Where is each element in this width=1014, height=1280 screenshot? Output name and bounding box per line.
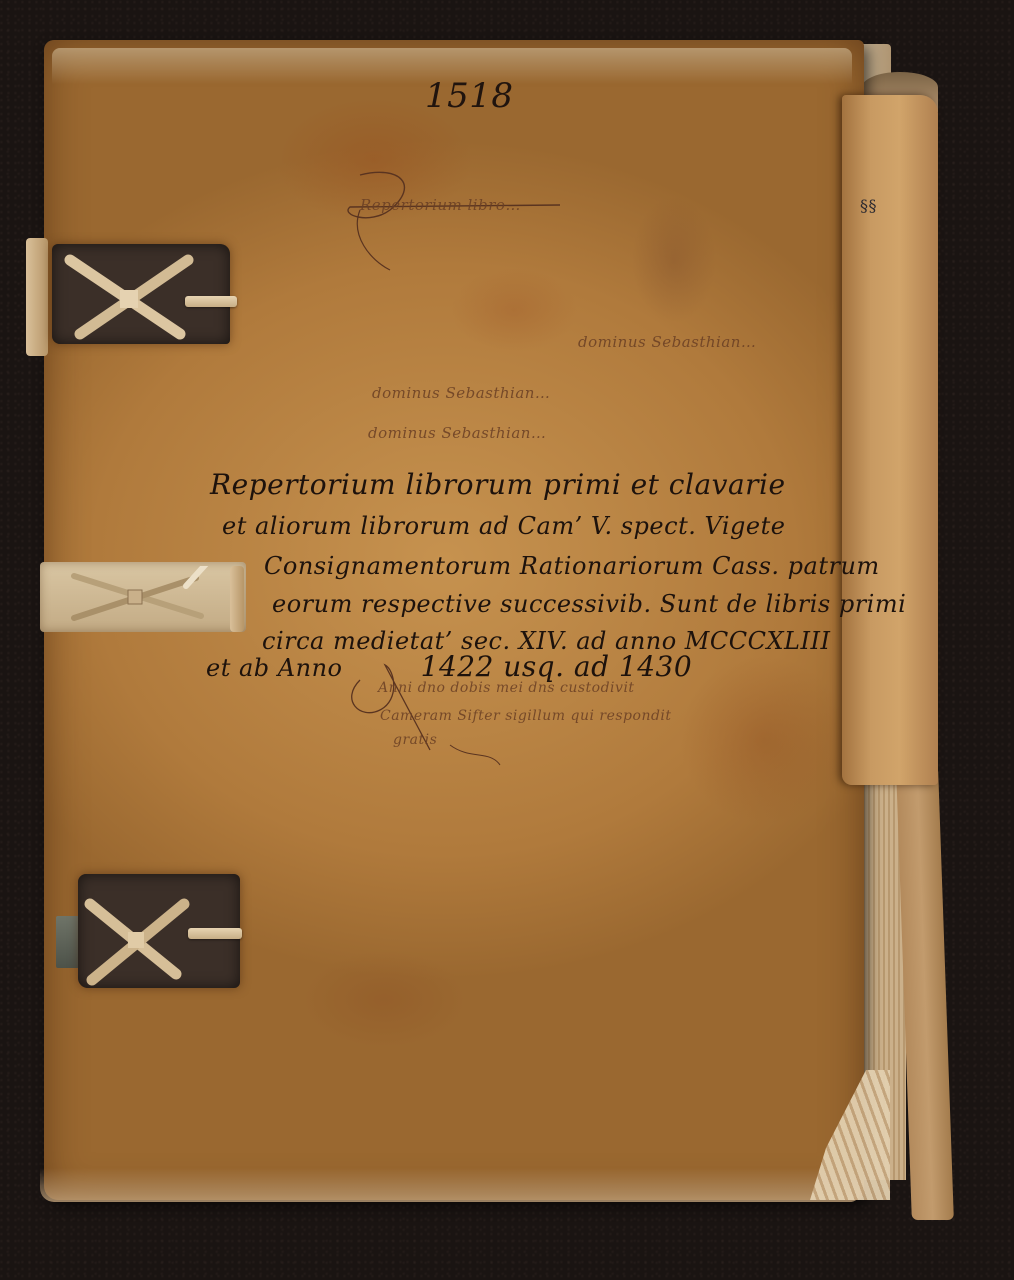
signature-right: dominus Sebasthian…	[578, 333, 756, 351]
note-line-1: Anni dno dobis mei dns custodivit	[378, 680, 635, 696]
middle-tie-cross-icon	[66, 566, 216, 628]
signature-left: dominus Sebasthian…	[372, 384, 550, 402]
middle-tie-clasp-strip	[230, 566, 244, 632]
cover-bottom-edge	[40, 1168, 860, 1202]
note-line-3: gratis	[393, 732, 437, 748]
upper-tie-edge-strip	[26, 238, 48, 356]
title-line-2: et aliorum librorum ad Cam’ V. spect. Vi…	[222, 512, 785, 540]
title-line-4: eorum respective successivib. Sunt de li…	[272, 590, 906, 618]
flourish-top	[330, 165, 570, 275]
upper-tie-cross-icon	[60, 252, 200, 342]
shelf-mark: 1518	[425, 76, 514, 116]
flap-mark: §§	[860, 196, 877, 215]
lower-tie-strap-end	[188, 928, 242, 939]
folded-flap	[842, 95, 938, 785]
signature-top: Repertorium libro…	[360, 196, 521, 214]
upper-tie-strap-end	[185, 296, 237, 307]
signature-left-2: dominus Sebasthian…	[368, 424, 546, 442]
lower-tie-cross-icon	[76, 896, 196, 986]
title-line-1: Repertorium librorum primi et clavarie	[210, 468, 786, 501]
note-line-2: Cameram Sifter sigillum qui respondit	[380, 708, 672, 724]
date-line-prefix: et ab Anno	[206, 654, 342, 682]
title-line-3: Consignamentorum Rationariorum Cass. pat…	[264, 552, 880, 580]
manuscript-photo: 1518 Repertorium libro… dominus Sebasthi…	[0, 0, 1014, 1280]
